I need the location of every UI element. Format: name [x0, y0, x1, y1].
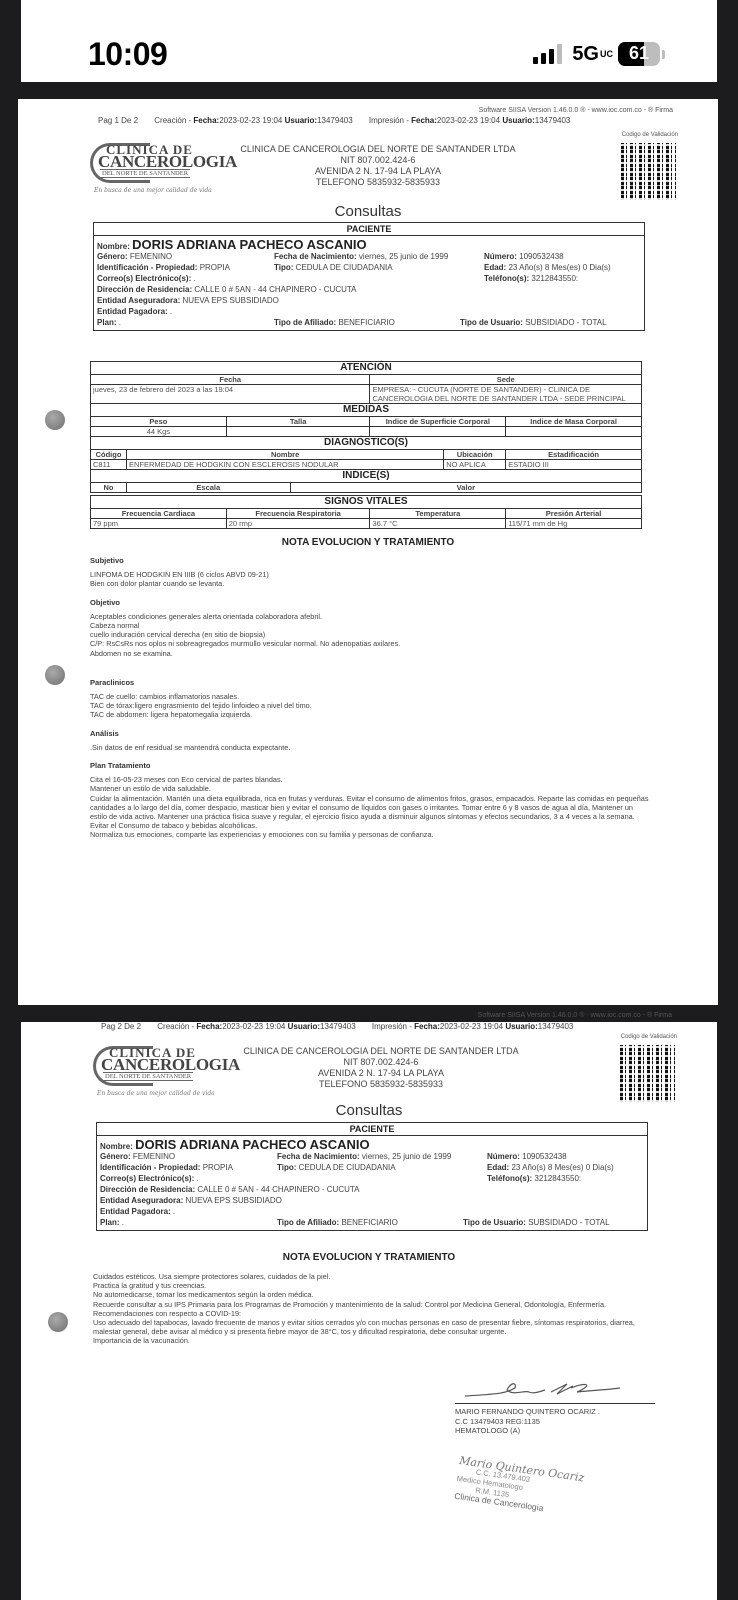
clinic-logo: CLINICA DE CANCEROLOGIA DEL NORTE DE SAN… [90, 139, 220, 201]
binder-hole [45, 665, 65, 685]
text-line: Abdomen no se examina. [90, 649, 650, 658]
page-meta: Pag 1 De 2 Creación - Fecha:2023-02-23 1… [98, 116, 570, 125]
status-bar: 10:09 5GUC 61 [21, 0, 717, 82]
text-line: Practica la gratitud y tus creencias. [93, 1281, 653, 1290]
clinic-logo: CLINICA DE CANCEROLOGIA DEL NORTE DE SAN… [93, 1042, 223, 1104]
document-title: Consultas [18, 203, 718, 220]
text-line: No automedicarse, tomar los medicamentos… [93, 1290, 653, 1299]
document-page-2[interactable]: Software SIISA Version 1.46.0.0 ® - www.… [21, 1022, 717, 1600]
validation-label: Codigo de Validación [621, 1034, 677, 1040]
vitals-row: 79 ppm20 rmp36.7 °C115/71 mm de Hg [91, 519, 642, 529]
document-page-1[interactable]: Software SIISA Version 1.46.0.0 ® - www.… [18, 99, 718, 1005]
text-line: Recuerde consultar a su IPS Primaria par… [93, 1300, 653, 1309]
battery-tip [662, 50, 665, 59]
nota-body: SubjetivoLINFOMA DE HODGKIN EN IIIB (6 c… [90, 547, 650, 840]
clinic-info: CLINICA DE CANCEROLOGIA DEL NORTE DE SAN… [218, 144, 538, 188]
validation-qr-code [621, 143, 676, 200]
validation-label: Codigo de Validación [622, 132, 678, 138]
diagnosis-row: C811ENFERMEDAD DE HODGKIN CON ESCLEROSIS… [91, 460, 642, 470]
page-meta: Pag 2 De 2 Creación - Fecha:2023-02-23 1… [101, 1022, 573, 1031]
clinic-info: CLINICA DE CANCEROLOGIA DEL NORTE DE SAN… [221, 1046, 541, 1090]
clinical-tables: ATENCIÓN FechaSede jueves, 23 de febrero… [90, 361, 642, 529]
patient-box: PACIENTE Nombre: DORIS ADRIANA PACHECO A… [93, 222, 645, 331]
text-line: cuello induración cervical derecha (en s… [90, 630, 650, 639]
signature-scribble-icon [455, 1378, 655, 1400]
text-line: Uso adecuado del tapabocas, lavado frecu… [93, 1318, 653, 1336]
text-line: Bien con dolor plantar cuando se levanta… [90, 579, 650, 588]
text-line: Cabeza normal [90, 621, 650, 630]
text-line: Evitar el Consumo de tabaco y bebidas al… [90, 821, 650, 830]
text-line: Importancia de la vacunación. [93, 1336, 653, 1345]
binder-hole [45, 410, 65, 430]
text-line: Normaliza tus emociones, comparte las ex… [90, 830, 650, 839]
text-line: LINFOMA DE HODGKIN EN IIIB (6 ciclos ABV… [90, 570, 650, 579]
text-line: C/P: RsCsRs nos oplos ni sobreagregados … [90, 639, 650, 648]
battery-icon: 61 [618, 42, 660, 66]
software-note: Software SIISA Version 1.46.0.0 ® - www.… [479, 107, 673, 114]
text-line: TAC de abdomen: ligera hepatomegalia izq… [90, 710, 650, 719]
text-line: TAC de cuello: cambios inflamatorios nas… [90, 692, 650, 701]
text-line: TAC de tórax:ligero engrasmiento del tej… [90, 701, 650, 710]
atencion-sede: EMPRESA: - CUCUTA (NORTE DE SANTANDER) -… [370, 385, 642, 404]
document-title: Consultas [21, 1102, 717, 1119]
software-note: Software SIISA Version 1.46.0.0 ® - www.… [478, 1012, 672, 1019]
text-line: Aceptables condiciones generales alerta … [90, 612, 650, 621]
validation-qr-code [620, 1045, 675, 1102]
network-indicator: 5GUC [572, 43, 608, 66]
text-line: Cuidados estéticos. Usa siempre protecto… [93, 1272, 653, 1281]
text-line: Mantener un estilo de vida saludable. [90, 784, 650, 793]
text-line: Cita el 16-05-23 meses con Eco cervical … [90, 775, 650, 784]
signal-icon [533, 44, 562, 64]
atencion-fecha: jueves, 23 de febrero del 2023 a las 19:… [91, 385, 370, 404]
clock: 10:09 [88, 36, 167, 73]
doctor-signature: MARIO FERNANDO QUINTERO OCARIZ . C.C 134… [455, 1378, 655, 1436]
nota-title: NOTA EVOLUCION Y TRATAMIENTO [21, 1252, 717, 1263]
text-line: Recomendaciones con respecto a COVID-19: [93, 1309, 653, 1318]
nota-continuation: Cuidados estéticos. Usa siempre protecto… [93, 1272, 653, 1346]
text-line: Cuidar la alimentación. Mantén una dieta… [90, 794, 650, 822]
text-line: .Sin datos de enf residual se mantendrá … [90, 743, 650, 752]
patient-box: PACIENTE Nombre: DORIS ADRIANA PACHECO A… [96, 1122, 648, 1231]
binder-hole [48, 1312, 68, 1332]
